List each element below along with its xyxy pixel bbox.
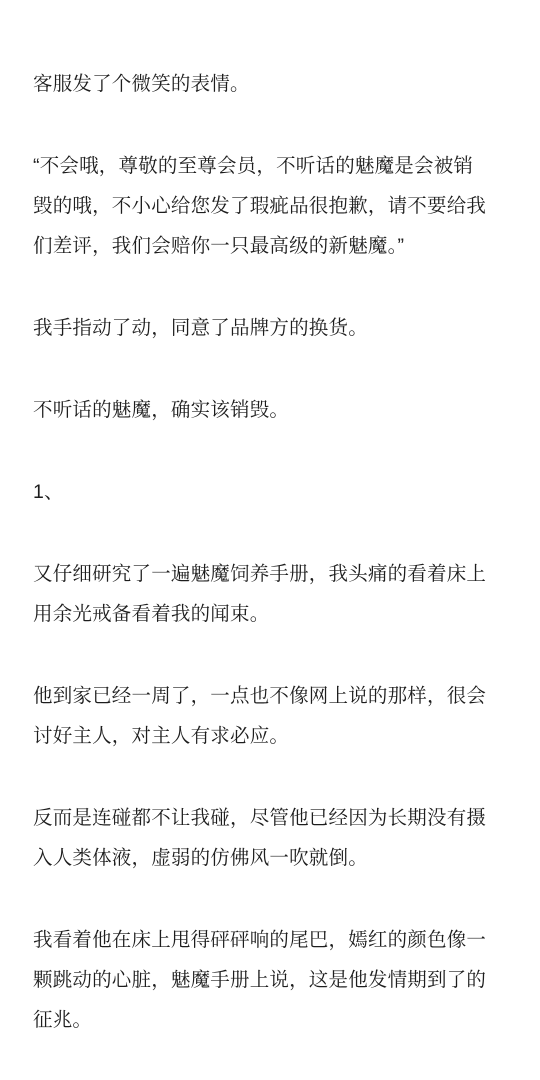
paragraph: 不听话的魅魔，确实该销毁。	[33, 390, 507, 430]
text-line: 客服发了个微笑的表情。	[33, 64, 507, 104]
text-line: 讨好主人，对主人有求必应。	[33, 716, 507, 756]
paragraph: “不会哦，尊敬的至尊会员，不听话的魅魔是会被销 毁的哦，不小心给您发了瑕疵品很抱…	[33, 146, 507, 266]
text-line: 毁的哦，不小心给您发了瑕疵品很抱歉，请不要给我	[33, 186, 507, 226]
text-line: 颗跳动的心脏，魅魔手册上说，这是他发情期到了的	[33, 960, 507, 1000]
paragraph: 客服发了个微笑的表情。	[33, 64, 507, 104]
text-line: 不听话的魅魔，确实该销毁。	[33, 390, 507, 430]
reader-page[interactable]: 客服发了个微笑的表情。 “不会哦，尊敬的至尊会员，不听话的魅魔是会被销 毁的哦，…	[0, 0, 540, 1080]
text-line: 我手指动了动，同意了品牌方的换货。	[33, 308, 507, 348]
text-line: 1、	[33, 472, 507, 512]
paragraph: 我手指动了动，同意了品牌方的换货。	[33, 308, 507, 348]
text-line: “不会哦，尊敬的至尊会员，不听话的魅魔是会被销	[33, 146, 507, 186]
text-line: 他到家已经一周了，一点也不像网上说的那样，很会	[33, 676, 507, 716]
paragraph: 他到家已经一周了，一点也不像网上说的那样，很会 讨好主人，对主人有求必应。	[33, 676, 507, 756]
text-line: 征兆。	[33, 1000, 507, 1040]
paragraph: 又仔细研究了一遍魅魔饲养手册，我头痛的看着床上 用余光戒备看着我的闻束。	[33, 554, 507, 634]
text-line: 反而是连碰都不让我碰，尽管他已经因为长期没有摄	[33, 798, 507, 838]
text-line: 又仔细研究了一遍魅魔饲养手册，我头痛的看着床上	[33, 554, 507, 594]
text-line: 我看着他在床上甩得砰砰响的尾巴，嫣红的颜色像一	[33, 920, 507, 960]
text-line: 用余光戒备看着我的闻束。	[33, 594, 507, 634]
paragraph: 我看着他在床上甩得砰砰响的尾巴，嫣红的颜色像一 颗跳动的心脏，魅魔手册上说，这是…	[33, 920, 507, 1040]
text-line: 入人类体液，虚弱的仿佛风一吹就倒。	[33, 838, 507, 878]
section-number: 1、	[33, 472, 507, 512]
paragraph: 反而是连碰都不让我碰，尽管他已经因为长期没有摄 入人类体液，虚弱的仿佛风一吹就倒…	[33, 798, 507, 878]
text-line: 们差评，我们会赔你一只最高级的新魅魔。”	[33, 226, 507, 266]
